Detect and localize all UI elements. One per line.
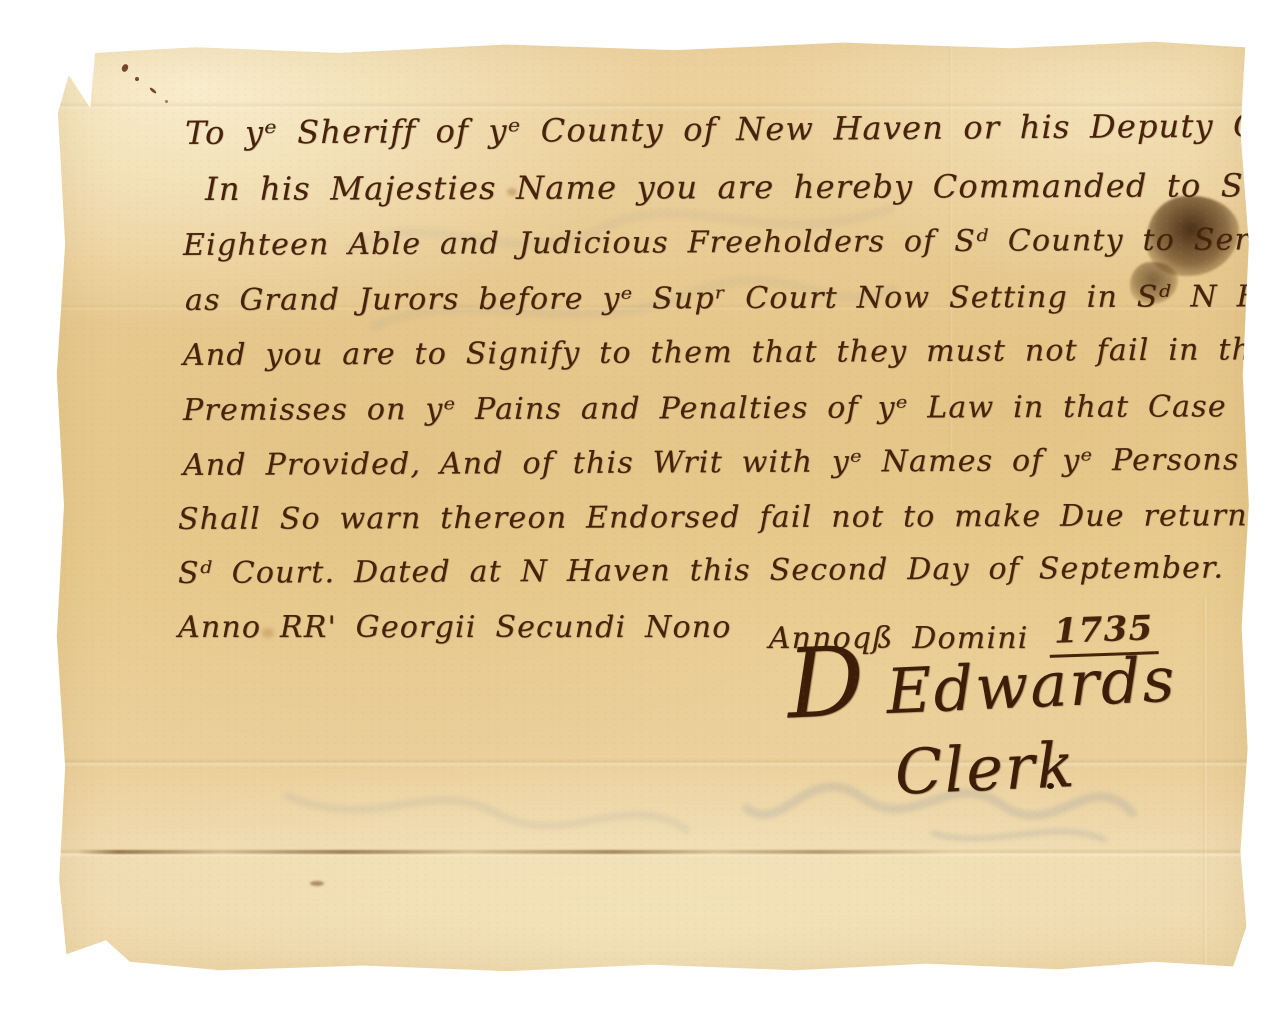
- clerk-signature: D Edwards Clerk: [736, 609, 1230, 815]
- manuscript-line: Premisses on yᵉ Pains and Penalties of y…: [183, 389, 1288, 428]
- manuscript-line: as Grand Jurors before yᵉ Supʳ Court Now…: [185, 279, 1288, 318]
- manuscript-line: And you are to Signify to them that they…: [183, 332, 1271, 373]
- manuscript-line: And Provided, And of this Writ with yᵉ N…: [183, 442, 1288, 483]
- manuscript-text: To yᵉ Sheriff of yᵉ County of New Haven …: [52, 38, 1250, 973]
- document-scan: To yᵉ Sheriff of yᵉ County of New Haven …: [0, 0, 1288, 1017]
- clerk-signature-text: D Edwards Clerk: [736, 609, 1230, 815]
- manuscript-line: Shall So warn thereon Endorsed fail not …: [178, 498, 1288, 537]
- regnal-year-text: Anno RR' Georgii Secundi Nono: [178, 610, 732, 656]
- manuscript-paper: To yᵉ Sheriff of yᵉ County of New Haven …: [52, 38, 1250, 973]
- manuscript-line: In his Majesties Name you are hereby Com…: [205, 166, 1288, 208]
- manuscript-line: Sᵈ Court. Dated at N Haven this Second D…: [178, 551, 1224, 591]
- manuscript-line: Eighteen Able and Judicious Freeholders …: [183, 222, 1287, 263]
- manuscript-line: To yᵉ Sheriff of yᵉ County of New Haven …: [185, 106, 1288, 152]
